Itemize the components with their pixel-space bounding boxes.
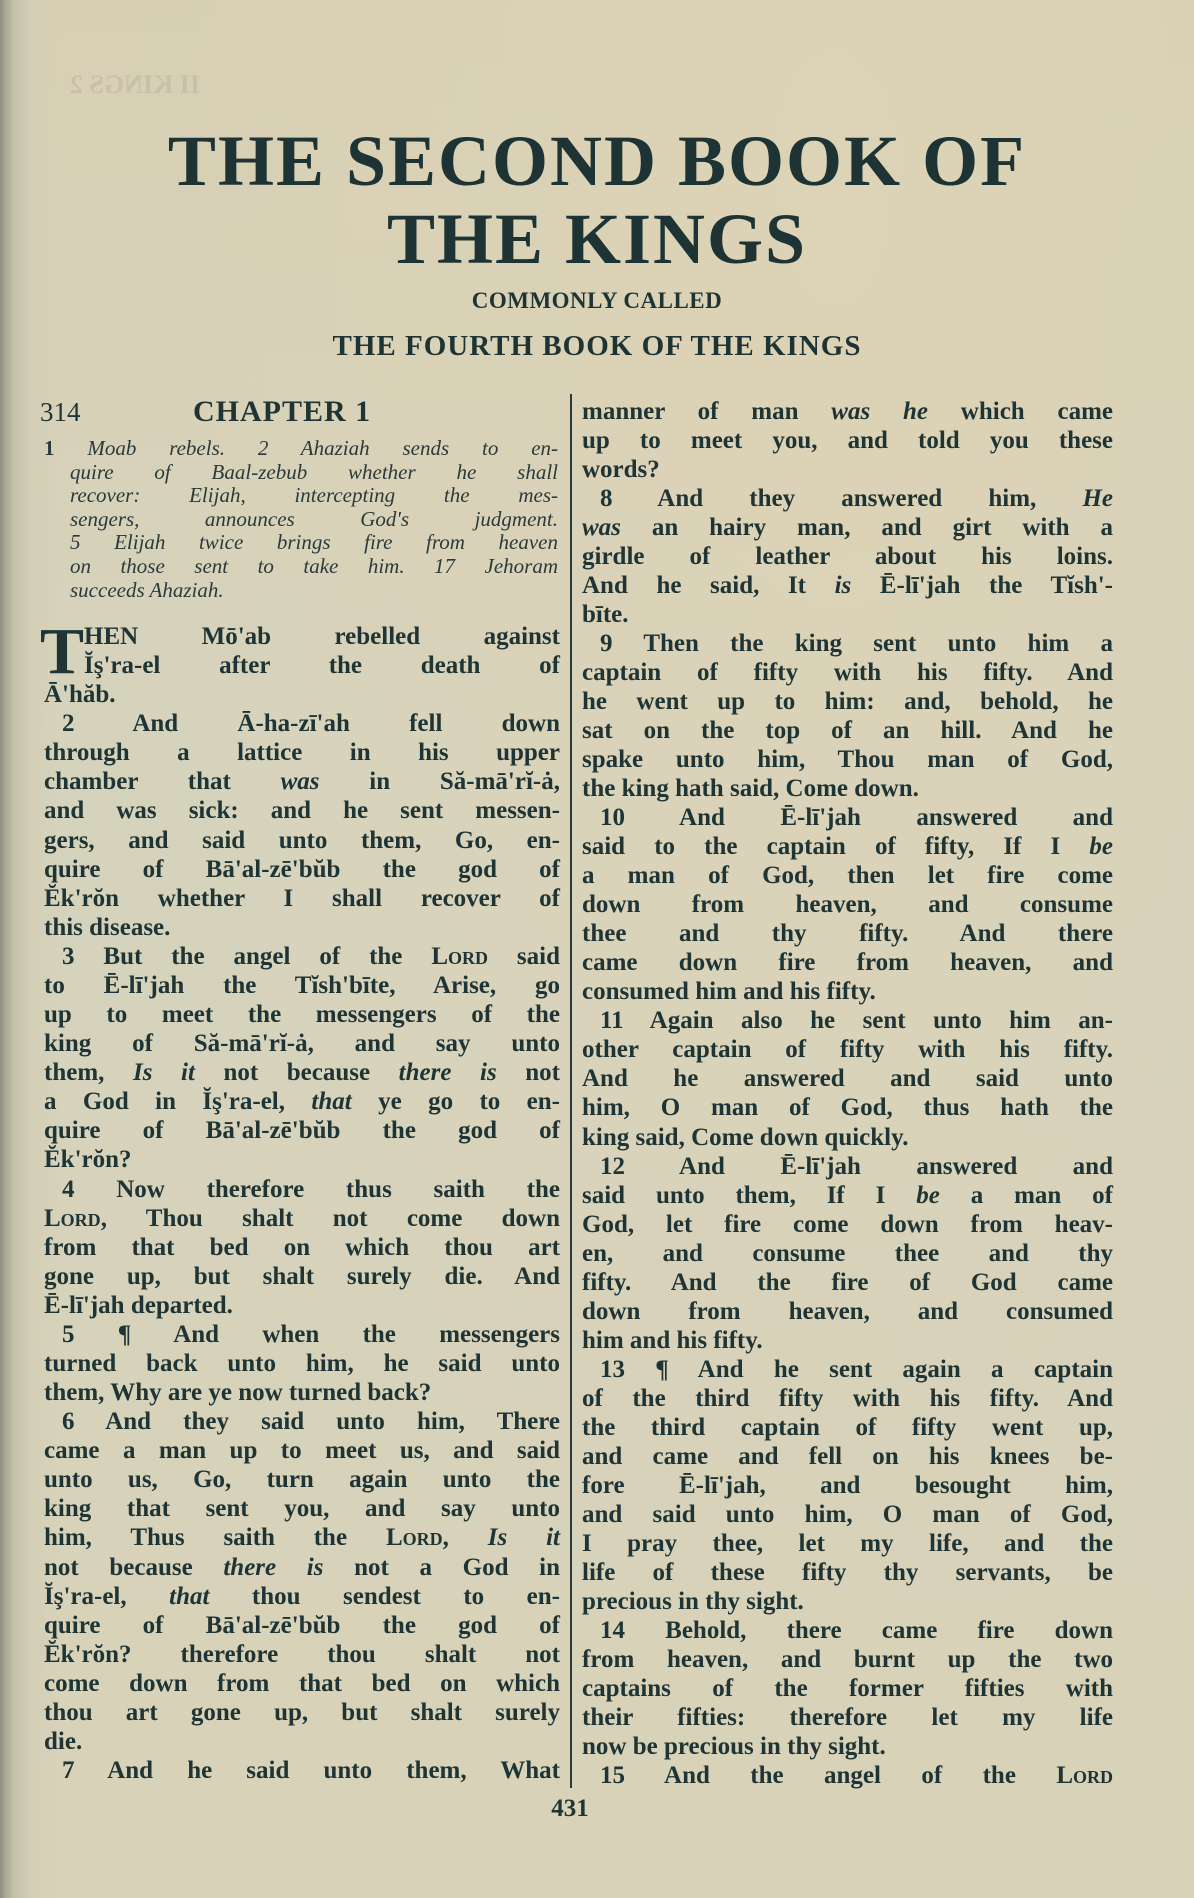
verse-line: fore Ē-lī'jah, and besought him, (582, 1471, 1113, 1500)
text-run: and said unto him, O man of God, (582, 1501, 1113, 1528)
text-run: And he answered and said unto (582, 1065, 1113, 1092)
text-run: sengers, announces God's judgment. (70, 507, 558, 531)
verse-line: 4 Now therefore thus saith the (44, 1175, 560, 1204)
text-run: Is it (488, 1524, 560, 1551)
text-run: 12 And Ē-lī'jah answered and (600, 1153, 1113, 1180)
verse-line: girdle of leather about his loins. (582, 542, 1113, 571)
text-run: there is (223, 1554, 323, 1581)
verse-line: Ĕk'rŏn whether I shall recover of (44, 884, 560, 913)
verse-line: 3 But the angel of the Lord said (44, 942, 560, 971)
text-run: was he (831, 398, 928, 425)
book-title-line1: THE SECOND BOOK OF (0, 122, 1194, 200)
summary-line: quire of Baal-zebub whether he shall (70, 460, 558, 484)
chapter-heading: CHAPTER 1 (193, 396, 371, 428)
text-run: gone up, but shalt surely die. And (44, 1263, 560, 1290)
verse-line: said unto them, If I be a man of (582, 1181, 1113, 1210)
verse-line: was an hairy man, and girt with a (582, 513, 1113, 542)
verse-line: 14 Behold, there came fire down (582, 1616, 1113, 1645)
text-run: Lord (44, 1205, 101, 1232)
text-run: 8 And they answered him, (600, 485, 1082, 512)
text-run: that (311, 1088, 351, 1115)
verse-line: through a lattice in his upper (44, 738, 560, 767)
text-run: thou art gone up, but shalt surely (44, 1699, 560, 1726)
text-run: fifty. And the fire of God came (582, 1269, 1113, 1296)
text-run: consumed him and his fifty. (582, 978, 876, 1005)
verse-line: Ā'hăb. (44, 680, 560, 709)
verse-line: Lord, Thou shalt not come down (44, 1204, 560, 1233)
verse-line: 6 And they said unto him, There (44, 1407, 560, 1436)
text-run: chamber that (44, 768, 281, 795)
text-run: them, Why are ye now turned back? (44, 1379, 431, 1406)
text-run: said to the captain of fifty, If I (582, 833, 1089, 860)
text-run: gers, and said unto them, Go, en- (44, 827, 560, 854)
verse-line: them, Is it not because there is not (44, 1058, 560, 1087)
text-run: from that bed on which thou art (44, 1234, 560, 1261)
text-run: king that sent you, and say unto (44, 1495, 560, 1522)
text-run: manner of man (582, 398, 831, 425)
subtitle-fourth-book: THE FOURTH BOOK OF THE KINGS (0, 330, 1194, 363)
verse-line: manner of man was he which came (582, 397, 1113, 426)
verse-line: precious in thy sight. (582, 1587, 1113, 1616)
verse-line: die. (44, 1727, 560, 1756)
text-run: a God in Ĭş'ra-el, (44, 1088, 311, 1115)
text-run: him and his fifty. (582, 1327, 763, 1354)
verse-line: down from heaven, and consumed (582, 1297, 1113, 1326)
text-run: was (582, 514, 621, 541)
text-run: 11 Again also he sent unto him an- (600, 1007, 1113, 1034)
text-run: ye go to en- (352, 1088, 560, 1115)
text-run: down from heaven, and consume (582, 891, 1113, 918)
text-run: 14 Behold, there came fire down (600, 1617, 1113, 1644)
text-run: to Ē-lī'jah the Tĭsh'bīte, Arise, go (44, 972, 560, 999)
verse-line: him, O man of God, thus hath the (582, 1093, 1113, 1122)
text-run: be (1089, 833, 1113, 860)
verse-line: thee and thy fifty. And there (582, 919, 1113, 948)
text-run: the third captain of fifty went up, (582, 1414, 1113, 1441)
text-run: , (443, 1524, 488, 1551)
summary-line: succeeds Ahaziah. (70, 578, 558, 602)
text-run: him, Thus saith the (44, 1524, 386, 1551)
verse-line: sat on the top of an hill. And he (582, 716, 1113, 745)
verse-line: captain of fifty with his fifty. And (582, 658, 1113, 687)
text-run: is (835, 572, 852, 599)
text-run: Ĭş'ra-el after the death of (84, 652, 560, 679)
verse-line: fifty. And the fire of God came (582, 1268, 1113, 1297)
verse-line: not because there is not a God in (44, 1553, 560, 1582)
verse-line: 15 And the angel of the Lord (582, 1761, 1113, 1790)
text-run: bīte. (582, 601, 629, 628)
text-run: , Thou shalt not come down (101, 1205, 560, 1232)
verse-line: quire of Bā'al-zē'bŭb the god of (44, 1611, 560, 1640)
verse-line: the king hath said, Come down. (582, 774, 1113, 803)
text-run: an hairy man, and girt with a (621, 514, 1113, 541)
verse-line: came a man up to meet us, and said (44, 1436, 560, 1465)
year-marker-text: 314 (40, 397, 81, 427)
verse-line: Ĕk'rŏn? (44, 1145, 560, 1174)
verse-line: king that sent you, and say unto (44, 1494, 560, 1523)
text-run: that (169, 1583, 209, 1610)
text-run: a man of God, then let fire come (582, 862, 1113, 889)
text-run: quire of Bā'al-zē'bŭb the god of (44, 1117, 560, 1144)
verse-line: And he answered and said unto (582, 1064, 1113, 1093)
verse-line: gers, and said unto them, Go, en- (44, 826, 560, 855)
text-run: words? (582, 456, 660, 483)
text-run: fore Ē-lī'jah, and besought him, (582, 1472, 1113, 1499)
text-run: quire of Bā'al-zē'bŭb the god of (44, 1612, 560, 1639)
text-run: God, let fire come down from heav- (582, 1211, 1113, 1238)
text-run: captain of fifty with his fifty. And (582, 659, 1113, 686)
text-run: precious in thy sight. (582, 1588, 804, 1615)
text-run: thee and thy fifty. And there (582, 920, 1113, 947)
text-run: Ĭş'ra-el, (44, 1583, 169, 1610)
verse-line: 13 ¶ And he sent again a captain (582, 1355, 1113, 1384)
column-divider (570, 394, 572, 1788)
page-number: 431 (0, 1795, 1140, 1823)
text-run: en, and consume thee and thy (582, 1240, 1113, 1267)
text-run: king of Să-mā'rĭ-ȧ, and say unto (44, 1030, 560, 1057)
text-run: succeeds Ahaziah. (70, 578, 224, 602)
verse-line: quire of Bā'al-zē'bŭb the god of (44, 1116, 560, 1145)
text-run: said (488, 943, 560, 970)
text-run: this disease. (44, 914, 170, 941)
text-run: 13 ¶ And he sent again a captain (600, 1356, 1113, 1383)
chapter-year-marker: 314 (40, 396, 81, 428)
text-run: captains of the former fifties with (582, 1675, 1113, 1702)
text-run: 15 And the angel of the (600, 1762, 1056, 1789)
verse-line: them, Why are ye now turned back? (44, 1378, 560, 1407)
verse-line: words? (582, 455, 1113, 484)
text-run: them, (44, 1059, 133, 1086)
text-run: now be precious in thy sight. (582, 1733, 886, 1760)
verse-line: 2 And Ā-ha-zī'ah fell down (44, 709, 560, 738)
text-run: Ē-lī'jah departed. (44, 1292, 233, 1319)
verse-line: said to the captain of fifty, If I be (582, 832, 1113, 861)
verse-line: chamber that was in Să-mā'rĭ-ȧ, (44, 767, 560, 796)
text-run: Is it (133, 1059, 195, 1086)
verse-line: 12 And Ē-lī'jah answered and (582, 1152, 1113, 1181)
text-run: He (1082, 485, 1113, 512)
text-run: up to meet the messengers of the (44, 1001, 560, 1028)
verse-line: him and his fifty. (582, 1326, 1113, 1355)
text-run: quire of Baal-zebub whether he shall (70, 460, 558, 484)
text-run: Ā'hăb. (44, 681, 116, 708)
text-run: be (916, 1182, 940, 1209)
verse-line: this disease. (44, 913, 560, 942)
text-run: come down from that bed on which (44, 1670, 560, 1697)
text-run: life of these fifty thy servants, be (582, 1559, 1113, 1586)
text-run: die. (44, 1728, 82, 1755)
text-run: not because (44, 1554, 223, 1581)
book-title-line2: THE KINGS (0, 200, 1194, 278)
text-run: Lord (431, 943, 488, 970)
text-run: 10 And Ē-lī'jah answered and (600, 804, 1113, 831)
text-run: 5 Elijah twice brings fire from heaven (70, 530, 558, 554)
verse-line: to Ē-lī'jah the Tĭsh'bīte, Arise, go (44, 971, 560, 1000)
text-run: 4 Now therefore thus saith the (62, 1176, 560, 1203)
text-run: quire of Bā'al-zē'bŭb the god of (44, 856, 560, 883)
text-run: was (281, 768, 320, 795)
verse-line: down from heaven, and consume (582, 890, 1113, 919)
verse-line: the third captain of fifty went up, (582, 1413, 1113, 1442)
text-run: the king hath said, Come down. (582, 775, 919, 802)
verse-line: and said unto him, O man of God, (582, 1500, 1113, 1529)
verse-line: Ĕk'rŏn? therefore thou shalt not (44, 1640, 560, 1669)
text-run: Ĕk'rŏn whether I shall recover of (44, 885, 560, 912)
summary-line: 1 Moab rebels. 2 Ahaziah sends to en- (44, 436, 558, 460)
text-run: other captain of fifty with his fifty. (582, 1036, 1113, 1063)
verse-line: a God in Ĭş'ra-el, that ye go to en- (44, 1087, 560, 1116)
verse-line: 9 Then the king sent unto him a (582, 629, 1113, 658)
verse-line: he went up to him: and, behold, he (582, 687, 1113, 716)
text-run: 1 (44, 436, 87, 460)
verse-line: And he said, It is Ē-lī'jah the Tĭsh'- (582, 571, 1113, 600)
text-run: king said, Come down quickly. (582, 1124, 909, 1151)
text-run: Ĕk'rŏn? (44, 1146, 132, 1173)
verse-line: I pray thee, let my life, and the (582, 1529, 1113, 1558)
text-run: came down fire from heaven, and (582, 949, 1113, 976)
verse-line: and was sick: and he sent messen- (44, 796, 560, 825)
text-run: 6 And they said unto him, There (62, 1408, 560, 1435)
text-run: 7 And he said unto them, What (62, 1757, 560, 1784)
text-run: 9 Then the king sent unto him a (600, 630, 1113, 657)
verse-line: God, let fire come down from heav- (582, 1210, 1113, 1239)
verse-line: 5 ¶ And when the messengers (44, 1320, 560, 1349)
text-run: turned back unto him, he said unto (44, 1350, 560, 1377)
show-through-header: II KINGS 2 (70, 70, 200, 100)
text-run: not a God in (323, 1554, 560, 1581)
verse-line: come down from that bed on which (44, 1669, 560, 1698)
text-run: 3 But the angel of the (62, 943, 431, 970)
text-run: and was sick: and he sent messen- (44, 797, 560, 824)
text-run: 5 ¶ And when the messengers (62, 1321, 560, 1348)
verse-line: him, Thus saith the Lord, Is it (44, 1523, 560, 1552)
verse-line: came down fire from heaven, and (582, 948, 1113, 977)
text-run: Lord (1056, 1762, 1113, 1789)
text-run: unto us, Go, turn again unto the (44, 1466, 560, 1493)
text-run: HEN Mō'ab rebelled against (84, 623, 560, 650)
text-run: And he said, It (582, 572, 835, 599)
verse-line: up to meet the messengers of the (44, 1000, 560, 1029)
text-run: on those sent to take him. 17 Jehoram (70, 554, 558, 578)
verse-line: king of Să-mā'rĭ-ȧ, and say unto (44, 1029, 560, 1058)
text-run: girdle of leather about his loins. (582, 543, 1113, 570)
text-run: of the third fifty with his fifty. And (582, 1385, 1113, 1412)
verse-line: now be precious in thy sight. (582, 1732, 1113, 1761)
verse-line: quire of Bā'al-zē'bŭb the god of (44, 855, 560, 884)
verse-line: turned back unto him, he said unto (44, 1349, 560, 1378)
verse-line: a man of God, then let fire come (582, 861, 1113, 890)
verse-line: captains of the former fifties with (582, 1674, 1113, 1703)
summary-line: 5 Elijah twice brings fire from heaven (70, 530, 558, 554)
verse-line: Ĭş'ra-el, that thou sendest to en- (44, 1582, 560, 1611)
text-run: down from heaven, and consumed (582, 1298, 1113, 1325)
verse-line: thou art gone up, but shalt surely (44, 1698, 560, 1727)
text-run: I pray thee, let my life, and the (582, 1530, 1113, 1557)
text-run: Lord (386, 1524, 443, 1551)
verse-line: 10 And Ē-lī'jah answered and (582, 803, 1113, 832)
verse-line: en, and consume thee and thy (582, 1239, 1113, 1268)
verse-line: from heaven, and burnt up the two (582, 1645, 1113, 1674)
verse-line: unto us, Go, turn again unto the (44, 1465, 560, 1494)
text-run: Moab rebels. 2 Ahaziah sends to en- (87, 436, 558, 460)
text-run: spake unto him, Thou man of God, (582, 746, 1113, 773)
text-run: there is (399, 1059, 497, 1086)
text-run: not because (195, 1059, 399, 1086)
text-run: and came and fell on his knees be- (582, 1443, 1113, 1470)
verse-line: bīte. (582, 600, 1113, 629)
subtitle-commonly-called: COMMONLY CALLED (0, 288, 1194, 314)
text-run: not (497, 1059, 560, 1086)
text-run: came a man up to meet us, and said (44, 1437, 560, 1464)
verse-line: HEN Mō'ab rebelled against (84, 622, 560, 651)
text-run: from heaven, and burnt up the two (582, 1646, 1113, 1673)
verse-line: from that bed on which thou art (44, 1233, 560, 1262)
verse-line: Ē-lī'jah departed. (44, 1291, 560, 1320)
drop-cap: T (40, 622, 84, 682)
verse-line: 11 Again also he sent unto him an- (582, 1006, 1113, 1035)
summary-line: on those sent to take him. 17 Jehoram (70, 554, 558, 578)
verse-line: 7 And he said unto them, What (44, 1756, 560, 1785)
text-run: a man of (940, 1182, 1113, 1209)
text-run: in Să-mā'rĭ-ȧ, (319, 768, 560, 795)
verse-line: life of these fifty thy servants, be (582, 1558, 1113, 1587)
verse-line: gone up, but shalt surely die. And (44, 1262, 560, 1291)
verse-line: consumed him and his fifty. (582, 977, 1113, 1006)
text-run: he went up to him: and, behold, he (582, 688, 1113, 715)
text-run: which came (928, 398, 1113, 425)
text-run: through a lattice in his upper (44, 739, 560, 766)
text-run: recover: Elijah, intercepting the mes- (70, 483, 558, 507)
text-run: sat on the top of an hill. And he (582, 717, 1113, 744)
verse-line: of the third fifty with his fifty. And (582, 1384, 1113, 1413)
text-run: Ē-lī'jah the Tĭsh'- (851, 572, 1113, 599)
summary-line: recover: Elijah, intercepting the mes- (70, 483, 558, 507)
verse-line: king said, Come down quickly. (582, 1123, 1113, 1152)
text-run: their fifties: therefore let my life (582, 1704, 1113, 1731)
text-run: him, O man of God, thus hath the (582, 1094, 1113, 1121)
verse-line: their fifties: therefore let my life (582, 1703, 1113, 1732)
verse-line: and came and fell on his knees be- (582, 1442, 1113, 1471)
verse-line: up to meet you, and told you these (582, 426, 1113, 455)
verse-line: Ĭş'ra-el after the death of (84, 651, 560, 680)
verse-line: other captain of fifty with his fifty. (582, 1035, 1113, 1064)
text-run: Ĕk'rŏn? therefore thou shalt not (44, 1641, 560, 1668)
summary-line: sengers, announces God's judgment. (70, 507, 558, 531)
text-run: up to meet you, and told you these (582, 427, 1113, 454)
text-run: 2 And Ā-ha-zī'ah fell down (62, 710, 560, 737)
text-run: said unto them, If I (582, 1182, 916, 1209)
text-run: thou sendest to en- (209, 1583, 560, 1610)
verse-line: spake unto him, Thou man of God, (582, 745, 1113, 774)
verse-line: 8 And they answered him, He (582, 484, 1113, 513)
